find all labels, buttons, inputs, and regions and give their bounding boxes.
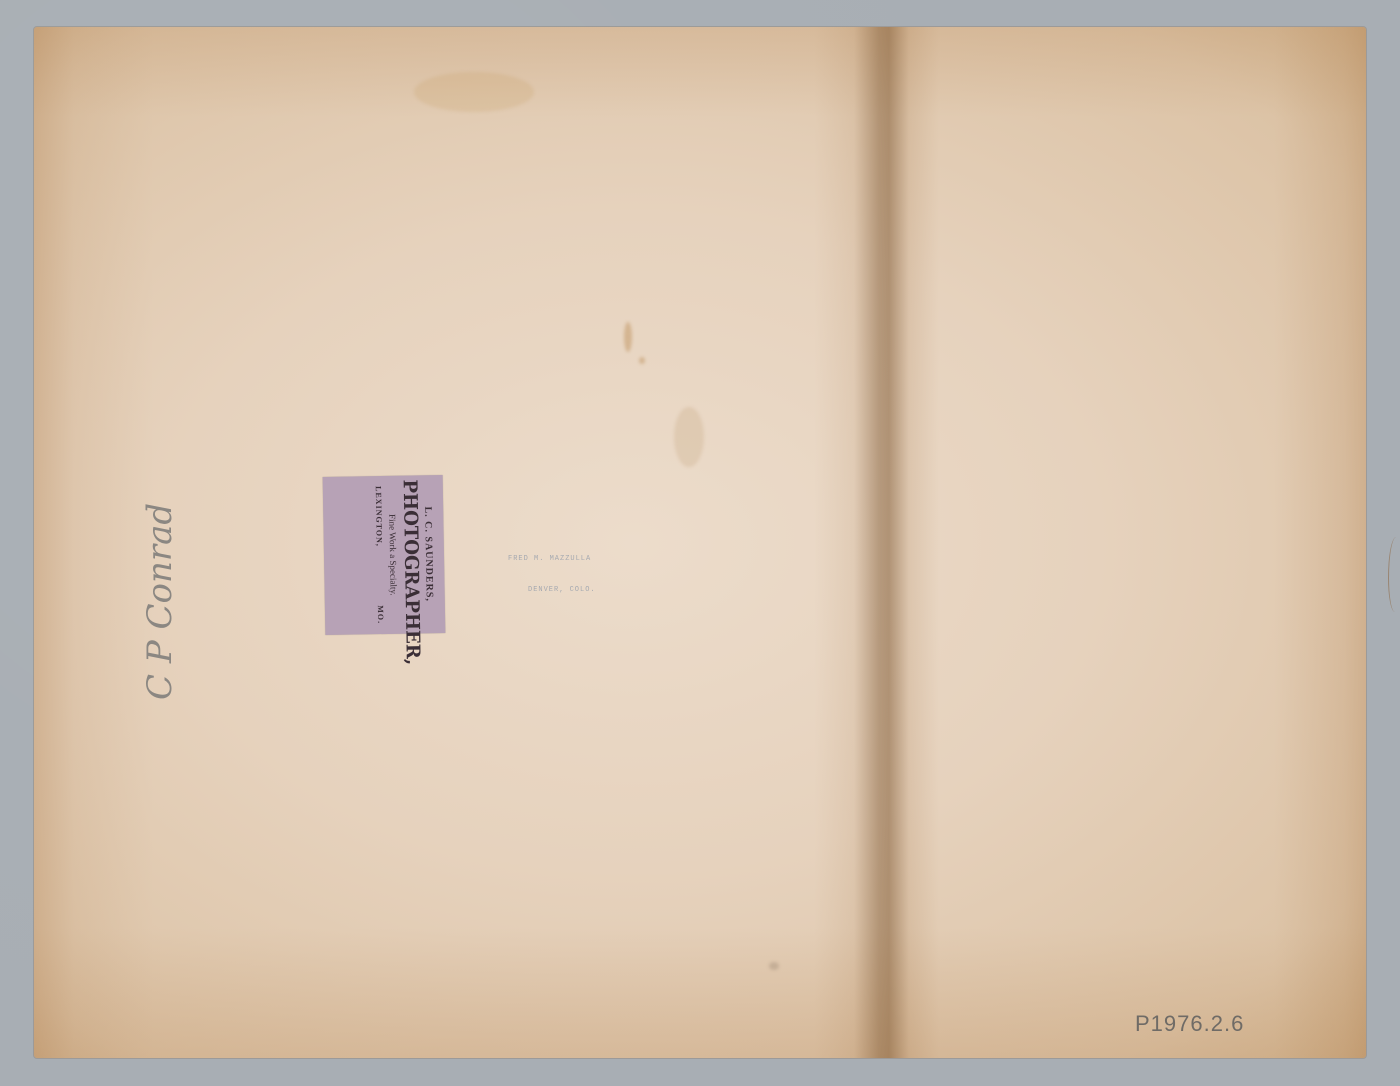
photographer-name: L. C. SAUNDERS,: [422, 475, 436, 633]
collector-stamp-line2: DENVER, COLO.: [528, 586, 596, 594]
photographer-state: MO.: [376, 605, 385, 624]
photo-mount-verso: [34, 27, 1366, 1058]
photographer-label: L. C. SAUNDERS, PHOTOGRAPHER, Fine Work …: [323, 475, 446, 635]
edge-tear: [1388, 537, 1400, 612]
photographer-title: PHOTOGRAPHER,: [399, 479, 424, 629]
pencil-signature: C P Conrad: [140, 503, 180, 700]
foxing-stain: [639, 357, 645, 364]
collector-stamp-line1: FRED M. MAZZULLA: [508, 555, 591, 563]
foxing-stain: [414, 72, 534, 112]
photographer-city: LEXINGTON,: [374, 486, 384, 547]
foxing-stain: [624, 322, 632, 352]
foxing-stain: [674, 407, 704, 467]
catalog-number: P1976.2.6: [1135, 1011, 1244, 1037]
foxing-stain: [769, 962, 779, 970]
